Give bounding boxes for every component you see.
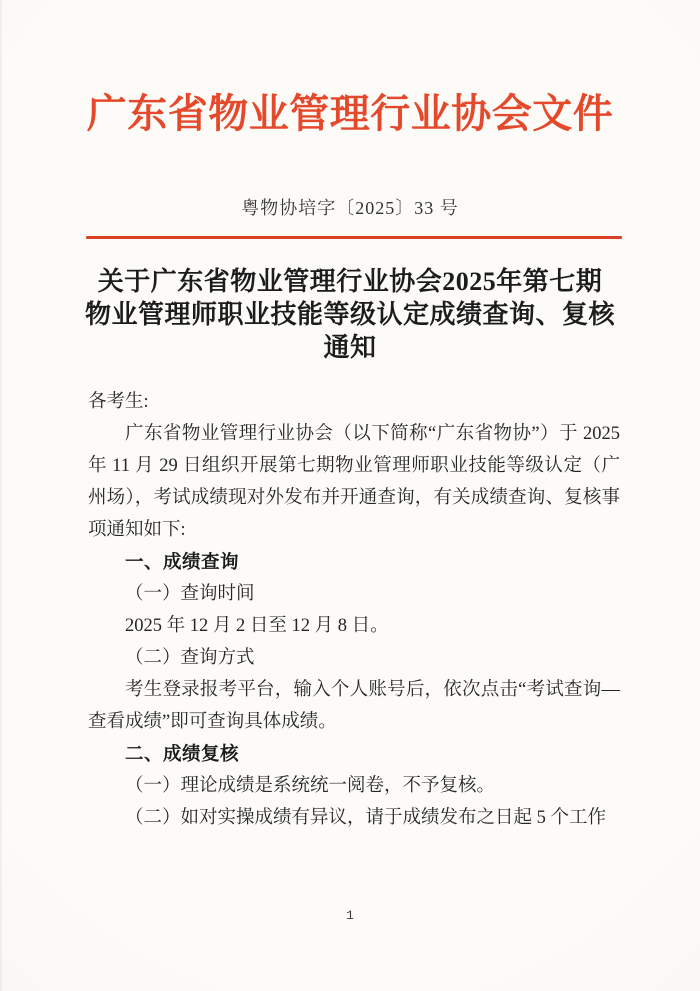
subsection-query-method-label: （二）查询方式 — [88, 642, 620, 674]
notice-title-line-2: 物业管理师职业技能等级认定成绩查询、复核 — [0, 298, 700, 331]
body-paragraph-intro: 广东省物业管理行业协会（以下简称“广东省物协”）于 2025 年 11 月 29… — [88, 418, 620, 546]
query-method-text: 考生登录报考平台，输入个人账号后，依次点击“考试查询—查看成绩”即可查询具体成绩… — [88, 674, 620, 738]
salutation: 各考生: — [88, 386, 620, 418]
section-heading-score-review: 二、成绩复核 — [88, 738, 620, 770]
query-time-value: 2025 年 12 月 2 日至 12 月 8 日。 — [88, 610, 620, 642]
notice-title-line-3: 通知 — [0, 331, 700, 364]
document-body: 各考生: 广东省物业管理行业协会（以下简称“广东省物协”）于 2025 年 11… — [88, 386, 620, 834]
review-item-practical: （二）如对实操成绩有异议，请于成绩发布之日起 5 个工作 — [88, 802, 620, 834]
review-item-theory: （一）理论成绩是系统统一阅卷，不予复核。 — [88, 770, 620, 802]
document-header-title: 广东省物业管理行业协会文件 — [0, 88, 700, 140]
notice-title-line-1: 关于广东省物业管理行业协会2025年第七期 — [0, 265, 700, 298]
section-heading-score-query: 一、成绩查询 — [88, 546, 620, 578]
document-page: 广东省物业管理行业协会文件 粤物协培字〔2025〕33 号 关于广东省物业管理行… — [0, 0, 700, 991]
document-number: 粤物协培字〔2025〕33 号 — [0, 196, 700, 220]
page-number: 1 — [0, 908, 700, 923]
subsection-query-time-label: （一）查询时间 — [88, 578, 620, 610]
red-separator-line — [86, 236, 622, 239]
notice-title: 关于广东省物业管理行业协会2025年第七期 物业管理师职业技能等级认定成绩查询、… — [0, 265, 700, 364]
